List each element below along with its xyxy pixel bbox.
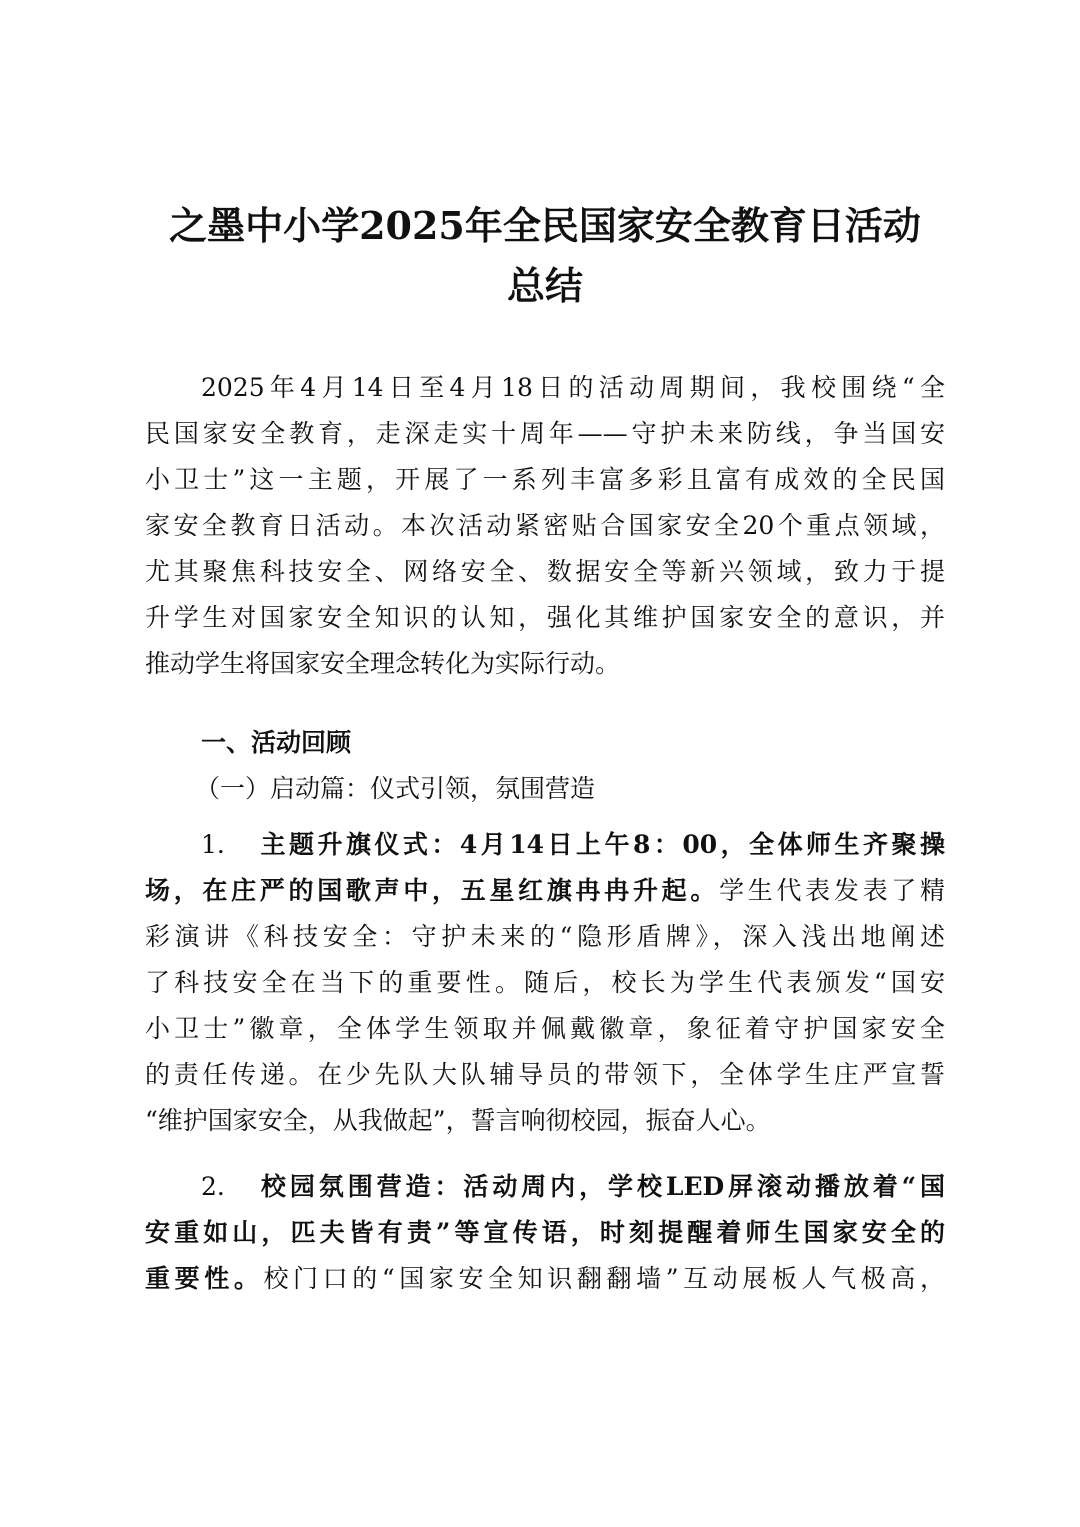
title-line-1: 之墨中小学2025年全民国家安全教育日活动	[145, 196, 945, 256]
intro-line: 2025年4月14日至4月18日的活动周期间，我校围绕“全	[145, 365, 945, 411]
item-2-line: 安重如山，匹夫皆有责”等宣传语，时刻提醒着师生国家安全的	[145, 1210, 945, 1256]
intro-line: 推动学生将国家安全理念转化为实际行动。	[145, 641, 945, 687]
item-2-line: 重要性。校门口的“国家安全知识翻翻墙”互动展板人气极高，	[145, 1256, 945, 1302]
item-1-line: 了科技安全在当下的重要性。随后，校长为学生代表颁发“国安	[145, 960, 945, 1006]
section-heading: 一、活动回顾	[145, 720, 1001, 766]
subsection-heading: （一）启动篇：仪式引领，氛围营造	[145, 766, 995, 812]
item-1-line: 1.主题升旗仪式：4月14日上午8：00，全体师生齐聚操	[145, 822, 945, 868]
item-1-text: 学生代表发表了精	[719, 876, 945, 905]
item-1-line: 小卫士”徽章，全体学生领取并佩戴徽章，象征着守护国家安全	[145, 1006, 945, 1052]
item-1-line: 场，在庄严的国歌声中，五星红旗冉冉升起。学生代表发表了精	[145, 868, 945, 914]
item-1-bold-text: 主题升旗仪式：4月14日上午8：00，全体师生齐聚操	[257, 830, 945, 859]
intro-line: 升学生对国家安全知识的认知，强化其维护国家安全的意识，并	[145, 595, 945, 641]
intro-line: 家安全教育日活动。本次活动紧密贴合国家安全20个重点领域，	[145, 503, 945, 549]
item-2-line: 2.校园氛围营造：活动周内，学校LED屏滚动播放着“国	[145, 1164, 945, 1210]
item-1-bold-text: 场，在庄严的国歌声中，五星红旗冉冉升起。	[145, 876, 719, 905]
item-number: 2.	[201, 1164, 257, 1210]
item-2-bold-text: 校园氛围营造：活动周内，学校LED屏滚动播放着“国	[257, 1172, 945, 1201]
intro-line: 尤其聚焦科技安全、网络安全、数据安全等新兴领域，致力于提	[145, 549, 945, 595]
item-1-line: “维护国家安全，从我做起”，誓言响彻校园，振奋人心。	[145, 1098, 945, 1144]
item-2-bold-text: 重要性。	[145, 1264, 263, 1293]
document-title: 之墨中小学2025年全民国家安全教育日活动 总结	[145, 196, 945, 316]
item-number: 1.	[201, 822, 257, 868]
title-line-2: 总结	[145, 256, 945, 316]
item-1-line: 彩演讲《科技安全：守护未来的“隐形盾牌》，深入浅出地阐述	[145, 914, 945, 960]
item-1-line: 的责任传递。在少先队大队辅导员的带领下，全体学生庄严宣誓	[145, 1052, 945, 1098]
item-2-text: 校门口的“国家安全知识翻翻墙”互动展板人气极高，	[263, 1264, 945, 1293]
intro-line: 民国家安全教育，走深走实十周年——守护未来防线，争当国安	[145, 411, 945, 457]
intro-line: 小卫士”这一主题，开展了一系列丰富多彩且富有成效的全民国	[145, 457, 945, 503]
